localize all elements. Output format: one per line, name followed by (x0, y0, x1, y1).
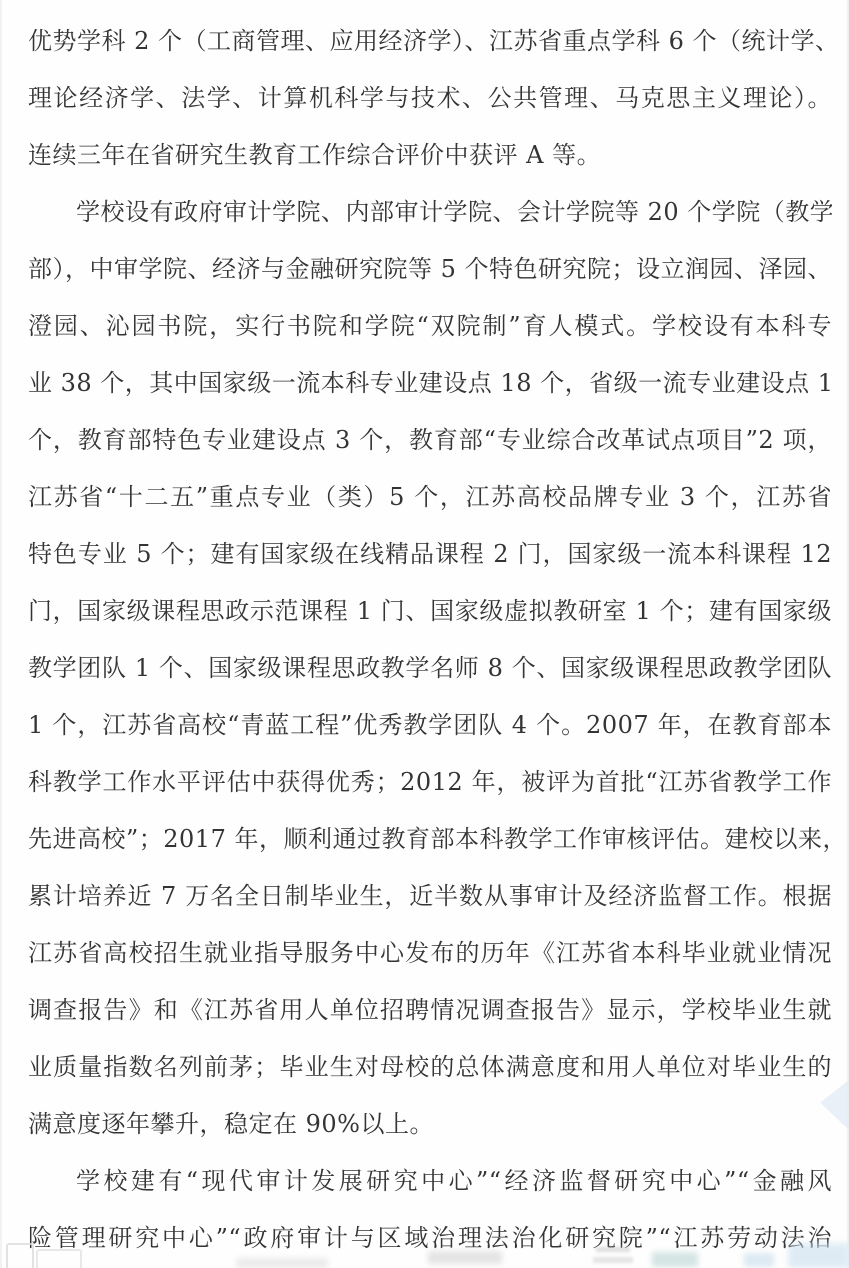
text-line: 险管理研究中心”“政府审计与区域治理法治化研究院”“江苏劳动法治 (28, 1210, 832, 1267)
text-line: 满意度逐年攀升，稳定在 90%以上。 (28, 1096, 832, 1153)
text-line: 江苏省“十二五”重点专业（类）5 个，江苏高校品牌专业 3 个，江苏省 (28, 469, 832, 526)
text-line: 调查报告》和《江苏省用人单位招聘情况调查报告》显示，学校毕业生就 (28, 982, 832, 1039)
paragraph-3: 学校建有“现代审计发展研究中心”“经济监督研究中心”“金融风 险管理研究中心”“… (28, 1153, 832, 1267)
text-line: 累计培养近 7 万名全日制毕业生，近半数从事审计及经济监督工作。根据 (28, 868, 832, 925)
text-line: 连续三年在省研究生教育工作综合评价中获评 A 等。 (28, 127, 832, 184)
text-line: 优势学科 2 个（工商管理、应用经济学）、江苏省重点学科 6 个（统计学、 (28, 13, 832, 70)
text-line: 澄园、沁园书院，实行书院和学院“双院制”育人模式。学校设有本科专 (28, 298, 832, 355)
text-line: 学校设有政府审计学院、内部审计学院、会计学院等 20 个学院（教学 (28, 184, 832, 241)
text-line: 江苏省高校招生就业指导服务中心发布的历年《江苏省本科毕业就业情况 (28, 925, 832, 982)
text-line: 门，国家级课程思政示范课程 1 门、国家级虚拟教研室 1 个；建有国家级 (28, 583, 832, 640)
text-line: 科教学工作水平评估中获得优秀；2012 年，被评为首批“江苏省教学工作 (28, 754, 832, 811)
text-line: 个，教育部特色专业建设点 3 个，教育部“专业综合改革试点项目”2 项， (28, 412, 832, 469)
page-edge-left (0, 0, 2, 1268)
document-text-block: 优势学科 2 个（工商管理、应用经济学）、江苏省重点学科 6 个（统计学、 理论… (28, 13, 832, 1267)
text-line: 特色专业 5 个；建有国家级在线精品课程 2 门，国家级一流本科课程 12 (28, 526, 832, 583)
document-page: 优势学科 2 个（工商管理、应用经济学）、江苏省重点学科 6 个（统计学、 理论… (0, 0, 849, 1268)
text-line: 部），中审学院、经济与金融研究院等 5 个特色研究院；设立润园、泽园、 (28, 241, 832, 298)
text-line: 学校建有“现代审计发展研究中心”“经济监督研究中心”“金融风 (28, 1153, 832, 1210)
paragraph-1: 优势学科 2 个（工商管理、应用经济学）、江苏省重点学科 6 个（统计学、 理论… (28, 13, 832, 184)
text-line: 教学团队 1 个、国家级课程思政教学名师 8 个、国家级课程思政教学团队 (28, 640, 832, 697)
text-line: 理论经济学、法学、计算机科学与技术、公共管理、马克思主义理论）。 (28, 70, 832, 127)
paragraph-2: 学校设有政府审计学院、内部审计学院、会计学院等 20 个学院（教学 部），中审学… (28, 184, 832, 1153)
text-line: 先进高校”；2017 年，顺利通过教育部本科教学工作审核评估。建校以来， (28, 811, 832, 868)
text-line: 1 个，江苏省高校“青蓝工程”优秀教学团队 4 个。2007 年，在教育部本 (28, 697, 832, 754)
text-line: 业 38 个，其中国家级一流本科专业建设点 18 个，省级一流专业建设点 11 (28, 355, 832, 412)
text-line: 业质量指数名列前茅；毕业生对母校的总体满意度和用人单位对毕业生的 (28, 1039, 832, 1096)
